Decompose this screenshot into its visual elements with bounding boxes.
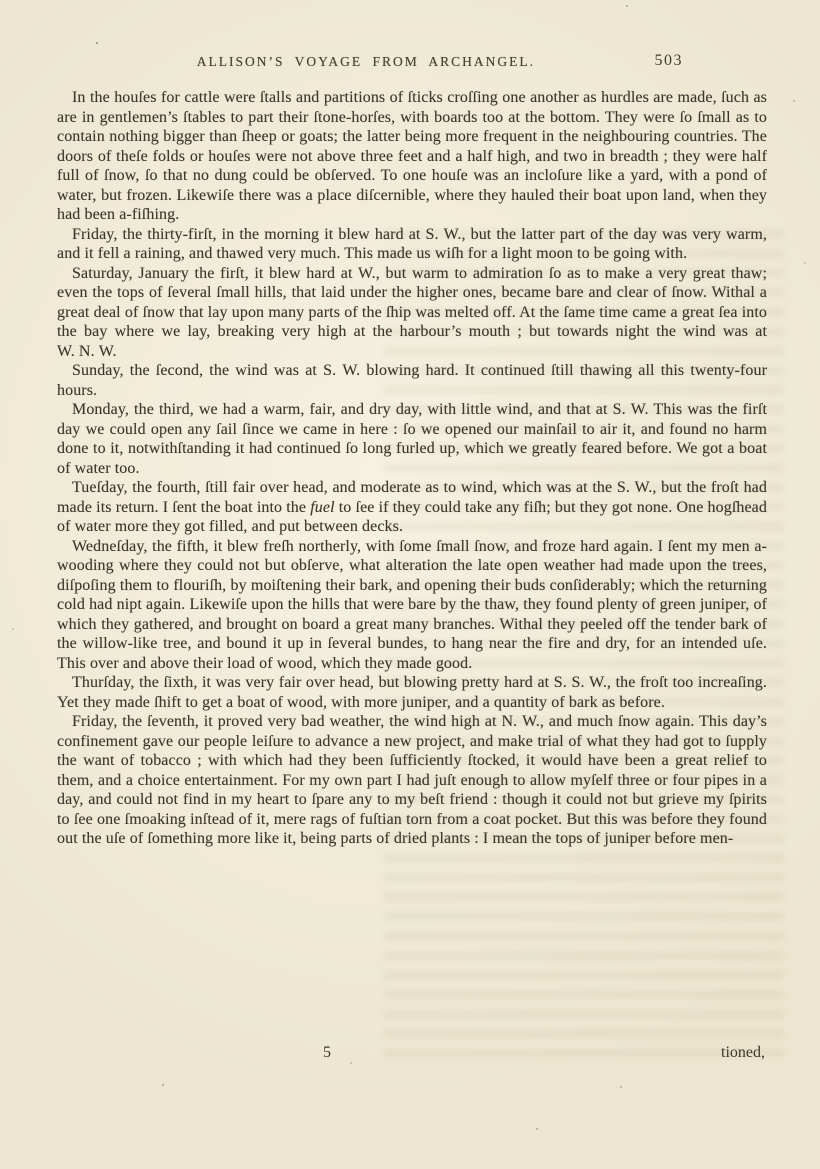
paragraph: Tueſday, the fourth, ſtill fair over hea… <box>57 478 767 537</box>
paragraph: Wedneſday, the fifth, it blew freſh nort… <box>57 537 767 674</box>
paragraph: In the houſes for cattle were ſtalls and… <box>57 88 767 225</box>
paragraph-text: Saturday, January the firſt, it blew har… <box>57 265 767 360</box>
paragraph-text: Sunday, the ſecond, the wind was at S. W… <box>57 362 767 399</box>
page-footer: 5 tioned, <box>57 1043 767 1063</box>
catchword: tioned, <box>721 1043 765 1063</box>
book-page: ALLISON’S VOYAGE FROM ARCHANGEL. 503 In … <box>0 0 820 1169</box>
paragraph: Friday, the ſeventh, it proved very bad … <box>57 712 767 849</box>
page-header: ALLISON’S VOYAGE FROM ARCHANGEL. 503 <box>57 52 767 76</box>
paragraph: Saturday, January the firſt, it blew har… <box>57 264 767 362</box>
paragraph-text: Friday, the thirty-firſt, in the morning… <box>57 226 767 263</box>
signature-mark: 5 <box>323 1043 332 1063</box>
paragraph: Sunday, the ſecond, the wind was at S. W… <box>57 361 767 400</box>
page-number: 503 <box>655 52 684 70</box>
paragraph-text: Friday, the ſeventh, it proved very bad … <box>57 713 767 847</box>
paragraph-text: Thurſday, the ſixth, it was very fair ov… <box>57 674 767 711</box>
paragraph-text: Wedneſday, the fifth, it blew freſh nort… <box>57 538 767 672</box>
paragraph: Friday, the thirty-firſt, in the morning… <box>57 225 767 264</box>
paper-specks <box>0 0 2 2</box>
paragraph-text: In the houſes for cattle were ſtalls and… <box>57 89 767 223</box>
running-title: ALLISON’S VOYAGE FROM ARCHANGEL. <box>197 54 535 70</box>
paragraph-text: Monday, the third, we had a warm, fair, … <box>57 401 767 477</box>
paragraph: Thurſday, the ſixth, it was very fair ov… <box>57 673 767 712</box>
paragraph: Monday, the third, we had a warm, fair, … <box>57 400 767 478</box>
page-body: In the houſes for cattle were ſtalls and… <box>57 88 767 849</box>
italic-word: fuel <box>310 499 334 516</box>
